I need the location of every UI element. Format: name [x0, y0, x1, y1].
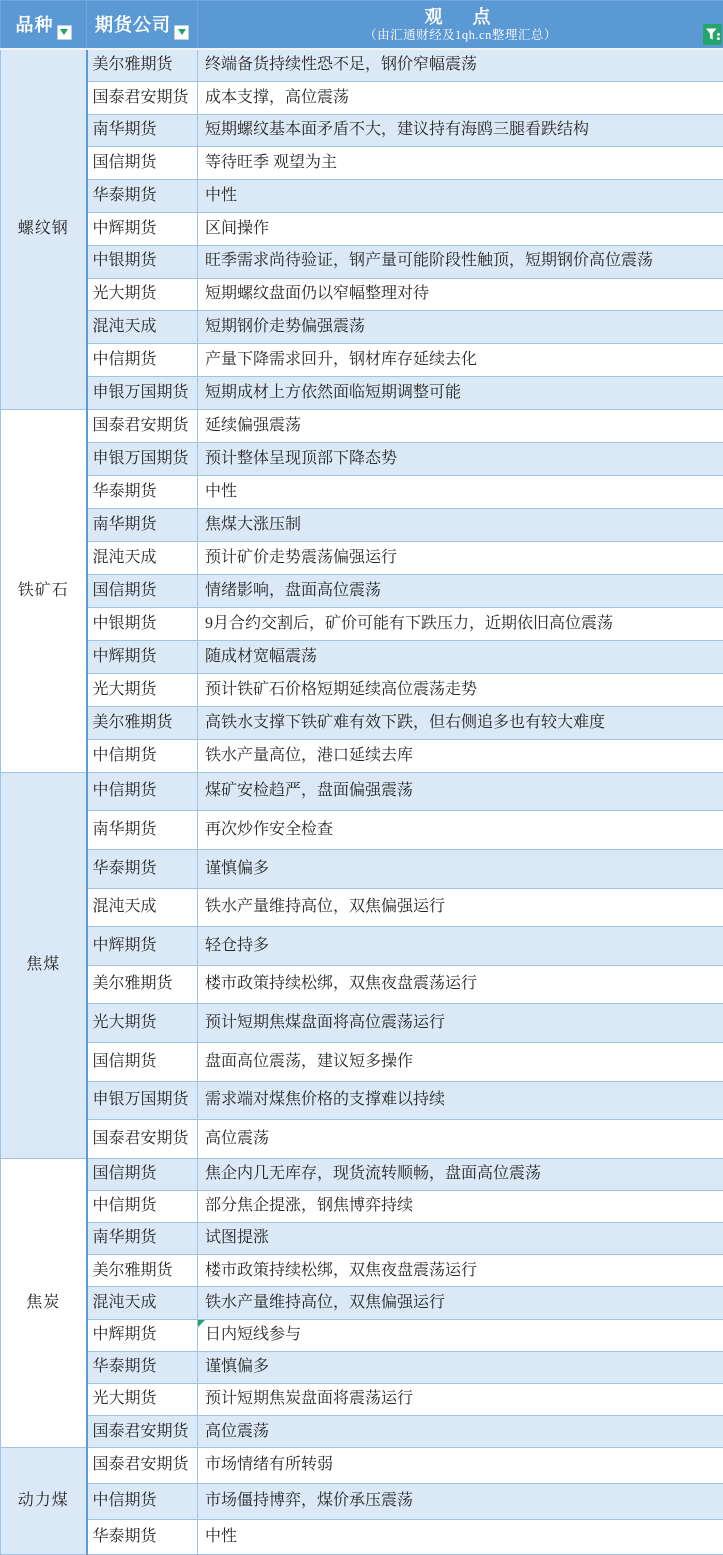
table-row: 中信期货产量下降需求回升，钢材库存延续去化 — [1, 344, 723, 377]
company-cell[interactable]: 混沌天成 — [87, 311, 198, 344]
opinion-cell[interactable]: 市场僵持博弈，煤价承压震荡 — [198, 1483, 723, 1519]
company-cell[interactable]: 中银期货 — [87, 245, 198, 278]
opinion-cell[interactable]: 盘面高位震荡，建议短多操作 — [198, 1042, 723, 1081]
table-row: 美尔雅期货楼市政策持续松绑，双焦夜盘震荡运行 — [1, 965, 723, 1004]
company-cell[interactable]: 国泰君安期货 — [87, 1448, 198, 1484]
company-cell[interactable]: 美尔雅期货 — [87, 1255, 198, 1287]
col-header-company: 期货公司 — [87, 1, 198, 49]
opinion-cell[interactable]: 部分焦企提涨，钢焦博弈持续 — [198, 1190, 723, 1222]
opinion-cell[interactable]: 预计短期焦煤盘面将高位震荡运行 — [198, 1004, 723, 1043]
table-row: 中信期货部分焦企提涨，钢焦博弈持续 — [1, 1190, 723, 1222]
table-row: 焦炭国信期货焦企内几无库存，现货流转顺畅，盘面高位震荡 — [1, 1158, 723, 1190]
company-cell[interactable]: 国泰君安期货 — [87, 1120, 198, 1159]
variety-filter-dropdown[interactable] — [57, 25, 72, 40]
opinions-table: 品种 期货公司 观 点 （由汇通财经及1qh.cn整理汇总） — [0, 0, 723, 1555]
table-row: 中银期货9月合约交割后，矿价可能有下跌压力，近期依旧高位震荡 — [1, 607, 723, 640]
table-row: 美尔雅期货高铁水支撑下铁矿难有效下跌，但右侧追多也有较大难度 — [1, 706, 723, 739]
header-row: 品种 期货公司 观 点 （由汇通财经及1qh.cn整理汇总） — [1, 1, 723, 49]
company-cell[interactable]: 美尔雅期货 — [87, 49, 198, 82]
table-row: 国信期货等待旺季 观望为主 — [1, 147, 723, 180]
company-cell[interactable]: 光大期货 — [87, 1004, 198, 1043]
table-row: 申银万国期货预计整体呈现顶部下降态势 — [1, 442, 723, 475]
table-row: 光大期货预计铁矿石价格短期延续高位震荡走势 — [1, 673, 723, 706]
table-row: 南华期货焦煤大涨压制 — [1, 508, 723, 541]
table-row: 混沌天成预计矿价走势震荡偏强运行 — [1, 541, 723, 574]
opinion-cell[interactable]: 短期成材上方依然面临短期调整可能 — [198, 376, 723, 409]
opinion-cell[interactable]: 短期螺纹盘面仍以窄幅整理对待 — [198, 278, 723, 311]
table-row: 混沌天成短期钢价走势偏强震荡 — [1, 311, 723, 344]
table-row: 华泰期货谨慎偏多 — [1, 1351, 723, 1383]
company-cell[interactable]: 华泰期货 — [87, 180, 198, 213]
variety-cell[interactable]: 焦煤 — [1, 772, 87, 1158]
table-row: 南华期货试图提涨 — [1, 1223, 723, 1255]
company-cell[interactable]: 中辉期货 — [87, 927, 198, 966]
opinion-cell[interactable]: 中性 — [198, 475, 723, 508]
table-row: 华泰期货谨慎偏多 — [1, 849, 723, 888]
company-cell[interactable]: 中信期货 — [87, 1190, 198, 1222]
opinion-cell[interactable]: 铁水产量维持高位，双焦偏强运行 — [198, 1287, 723, 1319]
company-cell[interactable]: 混沌天成 — [87, 1287, 198, 1319]
table-row: 动力煤国泰君安期货市场情绪有所转弱 — [1, 1448, 723, 1484]
table-row: 铁矿石国泰君安期货延续偏强震荡 — [1, 409, 723, 442]
opinion-cell[interactable]: 短期螺纹基本面矛盾不大，建议持有海鸥三腿看跌结构 — [198, 114, 723, 147]
table-row: 混沌天成铁水产量维持高位，双焦偏强运行 — [1, 1287, 723, 1319]
opinion-cell[interactable]: 情绪影响，盘面高位震荡 — [198, 574, 723, 607]
table-row: 光大期货短期螺纹盘面仍以窄幅整理对待 — [1, 278, 723, 311]
table-row: 华泰期货中性 — [1, 1519, 723, 1555]
variety-cell[interactable]: 动力煤 — [1, 1448, 87, 1555]
opinion-cell[interactable]: 楼市政策持续松绑，双焦夜盘震荡运行 — [198, 965, 723, 1004]
opinion-header-subtitle: （由汇通财经及1qh.cn整理汇总） — [364, 28, 557, 43]
company-cell[interactable]: 中辉期货 — [87, 1319, 198, 1351]
table-row: 螺纹钢美尔雅期货终端备货持续性恐不足，钢价窄幅震荡 — [1, 49, 723, 82]
company-cell[interactable]: 华泰期货 — [87, 475, 198, 508]
company-cell[interactable]: 国泰君安期货 — [87, 81, 198, 114]
opinion-cell[interactable]: 预计短期焦炭盘面将震荡运行 — [198, 1384, 723, 1416]
table-row: 申银万国期货短期成材上方依然面临短期调整可能 — [1, 376, 723, 409]
opinion-cell[interactable]: 短期钢价走势偏强震荡 — [198, 311, 723, 344]
opinion-cell[interactable]: 终端备货持续性恐不足，钢价窄幅震荡 — [198, 49, 723, 82]
opinion-cell[interactable]: 谨慎偏多 — [198, 849, 723, 888]
table-row: 光大期货预计短期焦煤盘面将高位震荡运行 — [1, 1004, 723, 1043]
table-body: 螺纹钢美尔雅期货终端备货持续性恐不足，钢价窄幅震荡国泰君安期货成本支撑，高位震荡… — [1, 49, 723, 1555]
chevron-down-icon — [178, 29, 186, 35]
chevron-down-icon — [60, 29, 68, 35]
opinion-cell[interactable]: 中性 — [198, 1519, 723, 1555]
company-header-label: 期货公司 — [95, 11, 171, 37]
table-row: 美尔雅期货楼市政策持续松绑，双焦夜盘震荡运行 — [1, 1255, 723, 1287]
opinion-cell[interactable]: 再次炒作安全检查 — [198, 811, 723, 850]
opinion-cell[interactable]: 高铁水支撑下铁矿难有效下跌，但右侧追多也有较大难度 — [198, 706, 723, 739]
company-cell[interactable]: 申银万国期货 — [87, 376, 198, 409]
table-row: 焦煤中信期货煤矿安检趋严，盘面偏强震荡 — [1, 772, 723, 811]
company-cell[interactable]: 国信期货 — [87, 1158, 198, 1190]
table-row: 中辉期货区间操作 — [1, 212, 723, 245]
company-cell[interactable]: 南华期货 — [87, 1223, 198, 1255]
company-cell[interactable]: 国信期货 — [87, 147, 198, 180]
company-cell[interactable]: 混沌天成 — [87, 888, 198, 927]
col-header-opinion: 观 点 （由汇通财经及1qh.cn整理汇总） — [198, 1, 723, 49]
company-cell[interactable]: 中辉期货 — [87, 212, 198, 245]
funnel-filter-icon[interactable] — [703, 24, 722, 45]
company-cell[interactable]: 中辉期货 — [87, 640, 198, 673]
variety-header-label: 品种 — [16, 11, 54, 37]
table-row: 南华期货短期螺纹基本面矛盾不大，建议持有海鸥三腿看跌结构 — [1, 114, 723, 147]
company-cell[interactable]: 混沌天成 — [87, 541, 198, 574]
table-row: 南华期货再次炒作安全检查 — [1, 811, 723, 850]
opinion-cell[interactable]: 预计铁矿石价格短期延续高位震荡走势 — [198, 673, 723, 706]
company-cell[interactable]: 中信期货 — [87, 344, 198, 377]
opinion-cell[interactable]: 延续偏强震荡 — [198, 409, 723, 442]
company-filter-dropdown[interactable] — [174, 25, 189, 40]
opinion-header-title: 观 点 — [425, 6, 497, 28]
table-row: 申银万国期货需求端对煤焦价格的支撑难以持续 — [1, 1081, 723, 1120]
company-cell[interactable]: 申银万国期货 — [87, 442, 198, 475]
opinion-cell[interactable]: 中性 — [198, 180, 723, 213]
table-row: 国信期货情绪影响，盘面高位震荡 — [1, 574, 723, 607]
opinion-cell[interactable]: 9月合约交割后，矿价可能有下跌压力，近期依旧高位震荡 — [198, 607, 723, 640]
company-cell[interactable]: 南华期货 — [87, 114, 198, 147]
company-cell[interactable]: 国信期货 — [87, 1042, 198, 1081]
table-row: 中信期货铁水产量高位，港口延续去库 — [1, 739, 723, 772]
company-cell[interactable]: 光大期货 — [87, 1384, 198, 1416]
opinion-cell[interactable]: 试图提涨 — [198, 1223, 723, 1255]
variety-cell[interactable]: 焦炭 — [1, 1158, 87, 1448]
opinion-cell[interactable]: 随成材宽幅震荡 — [198, 640, 723, 673]
table-row: 中信期货市场僵持博弈，煤价承压震荡 — [1, 1483, 723, 1519]
company-cell[interactable]: 南华期货 — [87, 811, 198, 850]
opinion-cell[interactable]: 区间操作 — [198, 212, 723, 245]
opinion-cell[interactable]: 高位震荡 — [198, 1416, 723, 1448]
opinion-cell[interactable]: 焦企内几无库存，现货流转顺畅，盘面高位震荡 — [198, 1158, 723, 1190]
opinion-cell[interactable]: 高位震荡 — [198, 1120, 723, 1159]
company-cell[interactable]: 华泰期货 — [87, 1351, 198, 1383]
futures-opinion-sheet: 品种 期货公司 观 点 （由汇通财经及1qh.cn整理汇总） — [0, 0, 723, 1555]
opinion-cell[interactable]: 铁水产量高位，港口延续去库 — [198, 739, 723, 772]
company-cell[interactable]: 中信期货 — [87, 772, 198, 811]
table-row: 光大期货预计短期焦炭盘面将震荡运行 — [1, 1384, 723, 1416]
opinion-cell[interactable]: 成本支撑，高位震荡 — [198, 81, 723, 114]
company-cell[interactable]: 中银期货 — [87, 607, 198, 640]
company-cell[interactable]: 光大期货 — [87, 673, 198, 706]
opinion-cell[interactable]: 焦煤大涨压制 — [198, 508, 723, 541]
table-row: 中辉期货日内短线参与 — [1, 1319, 723, 1351]
company-cell[interactable]: 申银万国期货 — [87, 1081, 198, 1120]
table-row: 中辉期货轻仓持多 — [1, 927, 723, 966]
company-cell[interactable]: 国信期货 — [87, 574, 198, 607]
opinion-cell[interactable]: 预计整体呈现顶部下降态势 — [198, 442, 723, 475]
opinion-cell[interactable]: 旺季需求尚待验证，钢产量可能阶段性触顶，短期钢价高位震荡 — [198, 245, 723, 278]
opinion-cell[interactable]: 楼市政策持续松绑，双焦夜盘震荡运行 — [198, 1255, 723, 1287]
company-cell[interactable]: 中信期货 — [87, 739, 198, 772]
company-cell[interactable]: 国泰君安期货 — [87, 1416, 198, 1448]
variety-cell[interactable]: 铁矿石 — [1, 409, 87, 772]
opinion-cell[interactable]: 谨慎偏多 — [198, 1351, 723, 1383]
company-cell[interactable]: 中信期货 — [87, 1483, 198, 1519]
variety-cell[interactable]: 螺纹钢 — [1, 49, 87, 410]
opinion-cell[interactable]: 市场情绪有所转弱 — [198, 1448, 723, 1484]
table-row: 混沌天成铁水产量维持高位，双焦偏强运行 — [1, 888, 723, 927]
table-row: 国泰君安期货高位震荡 — [1, 1416, 723, 1448]
opinion-cell[interactable]: 煤矿安检趋严，盘面偏强震荡 — [198, 772, 723, 811]
opinion-cell[interactable]: 等待旺季 观望为主 — [198, 147, 723, 180]
table-row: 中辉期货随成材宽幅震荡 — [1, 640, 723, 673]
opinion-cell[interactable]: 需求端对煤焦价格的支撑难以持续 — [198, 1081, 723, 1120]
company-cell[interactable]: 华泰期货 — [87, 1519, 198, 1555]
table-row: 国信期货盘面高位震荡，建议短多操作 — [1, 1042, 723, 1081]
table-row: 华泰期货中性 — [1, 180, 723, 213]
table-row: 华泰期货中性 — [1, 475, 723, 508]
table-row: 中银期货旺季需求尚待验证，钢产量可能阶段性触顶，短期钢价高位震荡 — [1, 245, 723, 278]
company-cell[interactable]: 华泰期货 — [87, 849, 198, 888]
col-header-variety: 品种 — [1, 1, 87, 49]
opinion-cell[interactable]: 预计矿价走势震荡偏强运行 — [198, 541, 723, 574]
company-cell[interactable]: 光大期货 — [87, 278, 198, 311]
company-cell[interactable]: 南华期货 — [87, 508, 198, 541]
opinion-cell[interactable]: 产量下降需求回升，钢材库存延续去化 — [198, 344, 723, 377]
company-cell[interactable]: 国泰君安期货 — [87, 409, 198, 442]
opinion-cell[interactable]: 铁水产量维持高位，双焦偏强运行 — [198, 888, 723, 927]
opinion-cell[interactable]: 轻仓持多 — [198, 927, 723, 966]
opinion-cell-with-green-corner-marker[interactable]: 日内短线参与 — [198, 1319, 723, 1351]
company-cell[interactable]: 美尔雅期货 — [87, 965, 198, 1004]
table-row: 国泰君安期货高位震荡 — [1, 1120, 723, 1159]
company-cell[interactable]: 美尔雅期货 — [87, 706, 198, 739]
table-row: 国泰君安期货成本支撑，高位震荡 — [1, 81, 723, 114]
